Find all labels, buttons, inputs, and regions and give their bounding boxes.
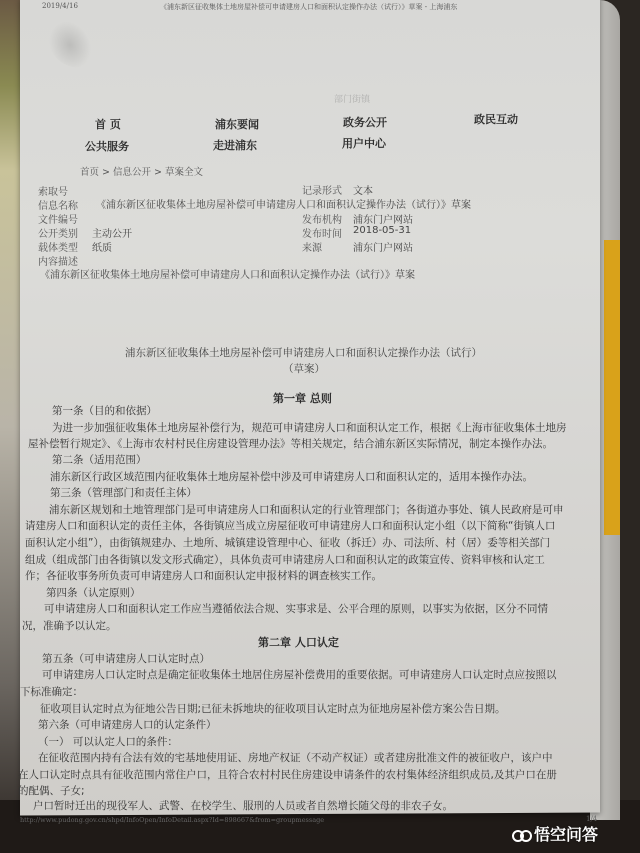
paragraph-line: 面积认定小组”），由街镇规建办、土地所、城镇建设管理中心、征收（拆迁）办、司法所… [25, 535, 550, 552]
nav-pudong-news[interactable]: 浦东要闻 [215, 116, 259, 132]
dept-link[interactable]: 部门街镇 [334, 92, 370, 105]
paragraph-line: 下标准确定： [20, 684, 83, 701]
source-value: 浦东门户网站 [353, 239, 413, 254]
wukong-watermark: 悟空问答 [512, 822, 598, 845]
printed-document: 2019/4/16 《浦东新区征收集体土地房屋补偿可申请建房人口和面积认定操作办… [0, 0, 640, 853]
paragraph-line: 况，准确予以认定。 [22, 618, 117, 635]
desc-value: 《浦东新区征收集体土地房屋补偿可申请建房人口和面积认定操作办法（试行）》草案 [40, 266, 415, 281]
print-footer-url: http://www.pudong.gov.cn/shpd/InfoOpen/I… [20, 816, 324, 824]
nav-home[interactable]: 首 页 [95, 116, 121, 132]
info-name-label: 信息名称 [38, 197, 78, 212]
source-label: 来源 [302, 239, 322, 254]
nav-about-pudong[interactable]: 走进浦东 [213, 137, 257, 153]
wukong-logo-icon [512, 827, 530, 841]
info-name-value: 《浦东新区征收集体土地房屋补偿可申请建房人口和面积认定操作办法（试行）》草案 [96, 196, 471, 211]
open-type-label: 公开类别 [38, 225, 78, 240]
paragraph-line: 可申请建房人口和面积认定工作应当遵循依法合规、实事求是、公平合理的原则，以事实为… [44, 601, 548, 618]
publisher-value: 浦东门户网站 [353, 211, 413, 226]
paragraph-line: 屋补偿暂行规定》、《上海市农村村民住房建设管理办法》等相关规定，结合浦东新区实际… [28, 436, 553, 453]
paragraph-line: 可申请建房人口认定时点是确定征收集体土地居住房屋补偿费用的重要依据。可申请建房人… [42, 667, 557, 684]
paragraph-line: 请建房人口和面积认定的责任主体，各街镇应当成立房屋征收可申请建房人口和面积认定小… [25, 518, 555, 535]
nav-public-interaction[interactable]: 政民互动 [474, 111, 518, 127]
paragraph-line: （一） 可以认定人口的条件： [38, 734, 178, 751]
article-6-heading: 第六条（可申请建房人口的认定条件） [38, 717, 217, 734]
article-2-heading: 第二条（适用范围） [52, 452, 147, 469]
publisher-label: 发布机构 [302, 211, 342, 226]
print-date: 2019/4/16 [42, 2, 78, 10]
nav-user-center[interactable]: 用户中心 [342, 135, 386, 151]
publish-time-value: 2018-05-31 [353, 225, 411, 236]
carrier-label: 载体类型 [38, 239, 78, 254]
breadcrumb[interactable]: 首页 > 信息公开 > 草案全文 [80, 164, 203, 178]
article-4-heading: 第四条（认定原则） [46, 585, 141, 602]
watermark-text: 悟空问答 [534, 822, 598, 845]
paragraph-line: 在人口认定时点具有征收范围内常住户口，且符合农村村民住房建设申请条件的农村集体经… [18, 767, 557, 784]
paragraph-line: 组成（组成部门由各街镇以发文形式确定），具体负责可申请建房人口和面积认定的政策宣… [25, 552, 545, 569]
publish-time-label: 发布时间 [302, 225, 342, 240]
article-1-heading: 第一条（目的和依据） [52, 403, 157, 420]
paragraph-line: 作；各征收事务所负责可申请建房人口和面积认定申报材料的调查核实工作。 [25, 568, 382, 585]
article-5-heading: 第五条（可申请建房人口认定时点） [42, 651, 210, 668]
article-3-heading: 第三条（管理部门和责任主体） [50, 485, 197, 502]
ink-smudge [41, 14, 98, 76]
index-no-label: 索取号 [38, 183, 68, 198]
carrier-value: 纸质 [92, 239, 112, 254]
doc-no-label: 文件编号 [38, 211, 78, 226]
paragraph-line: 户口暂时迁出的现役军人、武警、在校学生、服刑的人员或者自然增长随父母的非农子女。 [33, 798, 453, 815]
paragraph-line: 为进一步加强征收集体土地房屋补偿行为，规范可申请建房人口和面积认定工作，根据《上… [52, 420, 567, 437]
document-subtitle: （草案） [283, 361, 325, 376]
paragraph-line: 浦东新区规划和土地管理部门是可申请建房人口和面积认定的行业管理部门；各街道办事处… [49, 502, 564, 519]
document-title: 浦东新区征收集体土地房屋补偿可申请建房人口和面积认定操作办法（试行） [125, 345, 482, 360]
paragraph-line: 在征收范围内持有合法有效的宅基地使用证、房地产权证（不动产权证）或者建房批准文件… [38, 750, 553, 767]
nav-public-services[interactable]: 公共服务 [85, 138, 129, 154]
nav-government-affairs[interactable]: 政务公开 [343, 114, 387, 130]
paragraph-line: 征收项目认定时点为征地公告日期;已征未拆地块的征收项目认定时点为征地房屋补偿方案… [40, 701, 506, 718]
open-type-value: 主动公开 [92, 225, 132, 240]
paragraph-line: 浦东新区行政区域范围内征收集体土地房屋补偿中涉及可申请建房人口和面积认定的，适用… [50, 469, 533, 486]
chapter-2-heading: 第二章 人口认定 [258, 634, 339, 650]
chapter-1-heading: 第一章 总则 [273, 390, 332, 406]
record-form-label: 记录形式 [302, 182, 342, 197]
record-form-value: 文本 [353, 182, 373, 197]
print-title: 《浦东新区征收集体土地房屋补偿可申请建房人口和面积认定操作办法（试行）》草案 -… [160, 2, 457, 12]
